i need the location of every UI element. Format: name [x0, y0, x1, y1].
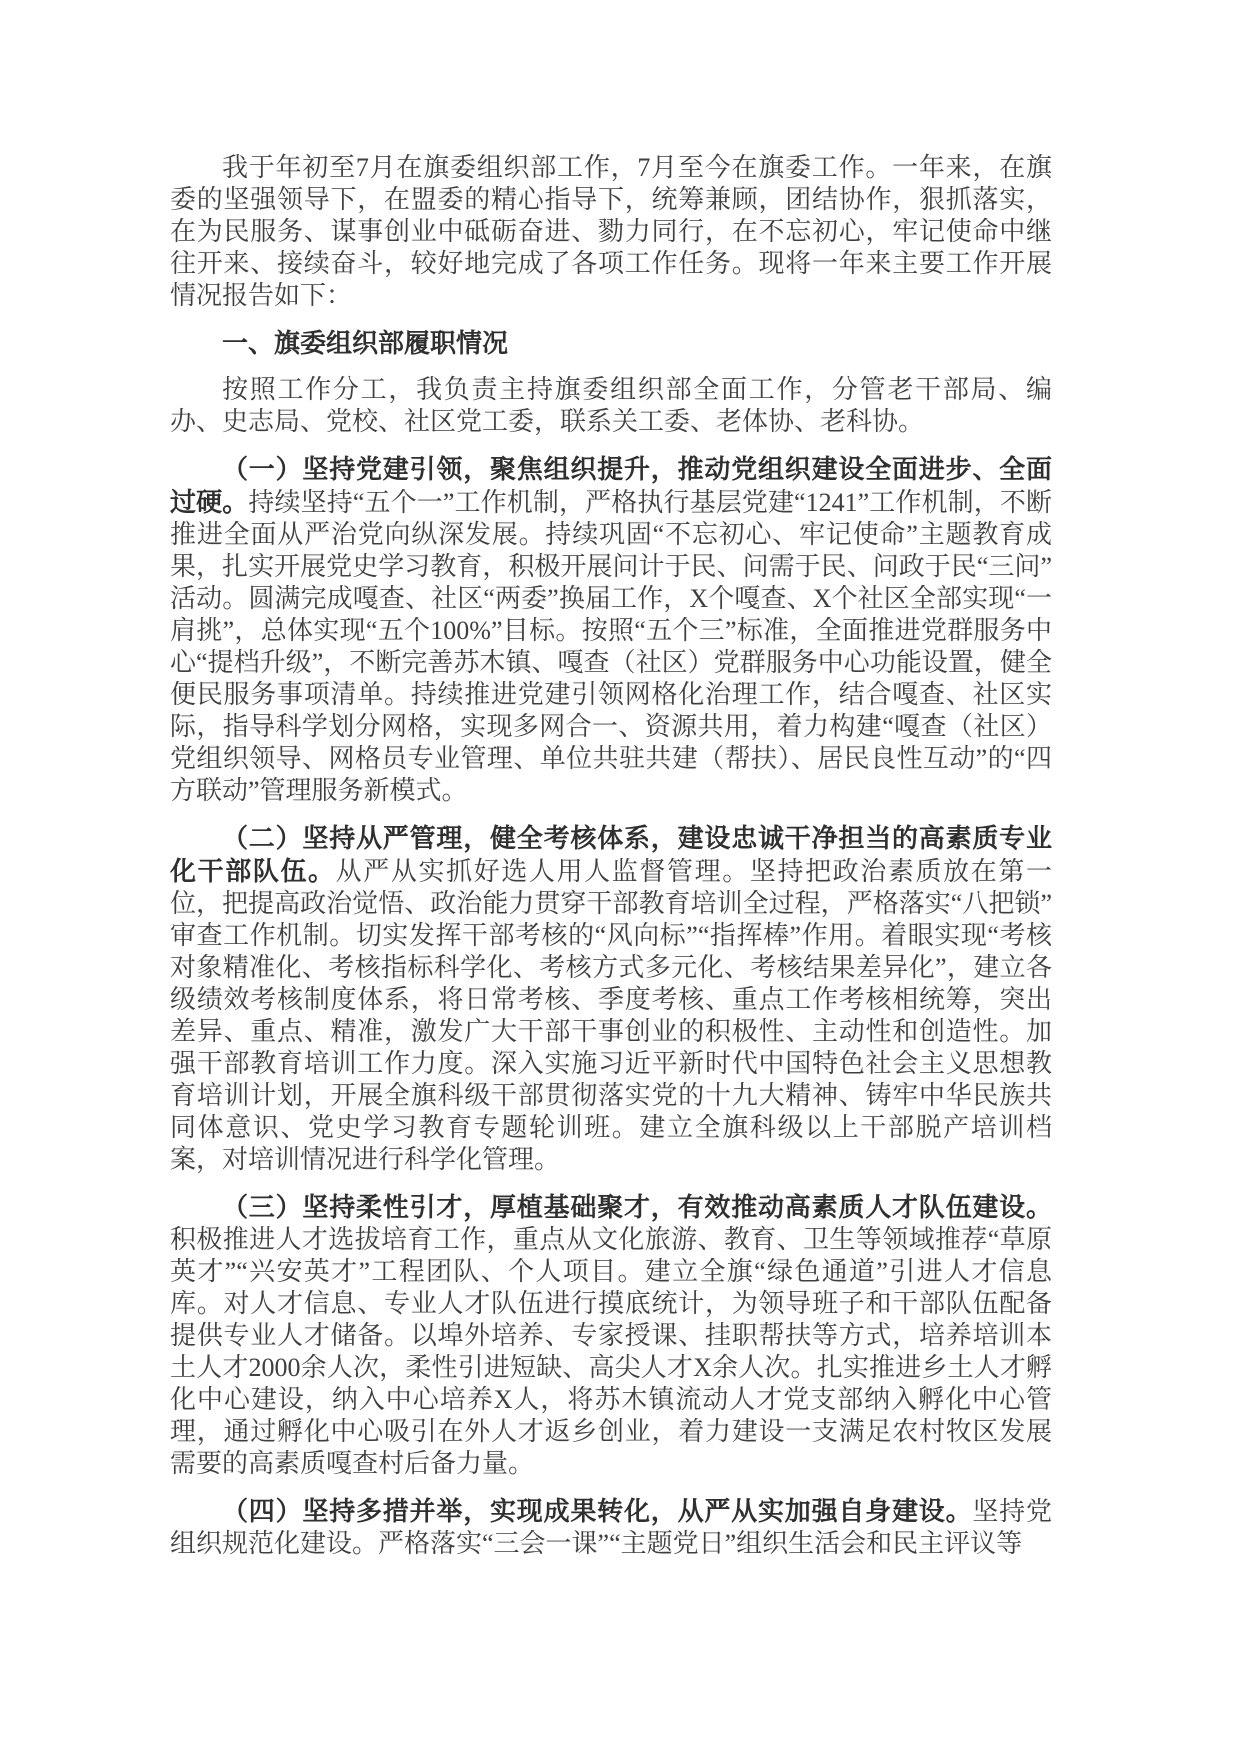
- subsection-1-body: 持续坚持“五个一”工作机制，严格执行基层党建“1241”工作机制，不断推进全面从…: [170, 488, 1052, 805]
- document-page: 我于年初至7月在旗委组织部工作，7月至今在旗委工作。一年来，在旗委的坚强领导下，…: [0, 0, 1240, 1754]
- subsection-4-lead: （四）坚持多措并举，实现成果转化，从严从实加强自身建设。: [222, 1496, 972, 1526]
- subsection-2-body: 从严从实抓好选人用人监督管理。坚持把政治素质放在第一位，把提高政治觉悟、政治能力…: [170, 857, 1052, 1174]
- subsection-3-lead: （三）坚持柔性引才，厚植基础聚才，有效推动高素质人才队伍建设。: [222, 1192, 1052, 1222]
- section-heading: 一、旗委组织部履职情况: [170, 327, 1052, 359]
- subsection-3-paragraph: （三）坚持柔性引才，厚植基础聚才，有效推动高素质人才队伍建设。积极推进人才选拔培…: [170, 1191, 1052, 1480]
- subsection-2-paragraph: （二）坚持从严管理，健全考核体系，建设忠诚干净担当的高素质专业化干部队伍。从严从…: [170, 822, 1052, 1176]
- duty-paragraph: 按照工作分工，我负责主持旗委组织部全面工作，分管老干部局、编办、史志局、党校、社…: [170, 374, 1052, 438]
- intro-paragraph: 我于年初至7月在旗委组织部工作，7月至今在旗委工作。一年来，在旗委的坚强领导下，…: [170, 152, 1052, 312]
- subsection-1-paragraph: （一）坚持党建引领，聚焦组织提升，推动党组织建设全面进步、全面过硬。持续坚持“五…: [170, 453, 1052, 807]
- subsection-4-paragraph: （四）坚持多措并举，实现成果转化，从严从实加强自身建设。坚持党组织规范化建设。严…: [170, 1495, 1052, 1560]
- subsection-3-body: 积极推进人才选拔培育工作，重点从文化旅游、教育、卫生等领域推荐“草原英才”“兴安…: [170, 1225, 1052, 1478]
